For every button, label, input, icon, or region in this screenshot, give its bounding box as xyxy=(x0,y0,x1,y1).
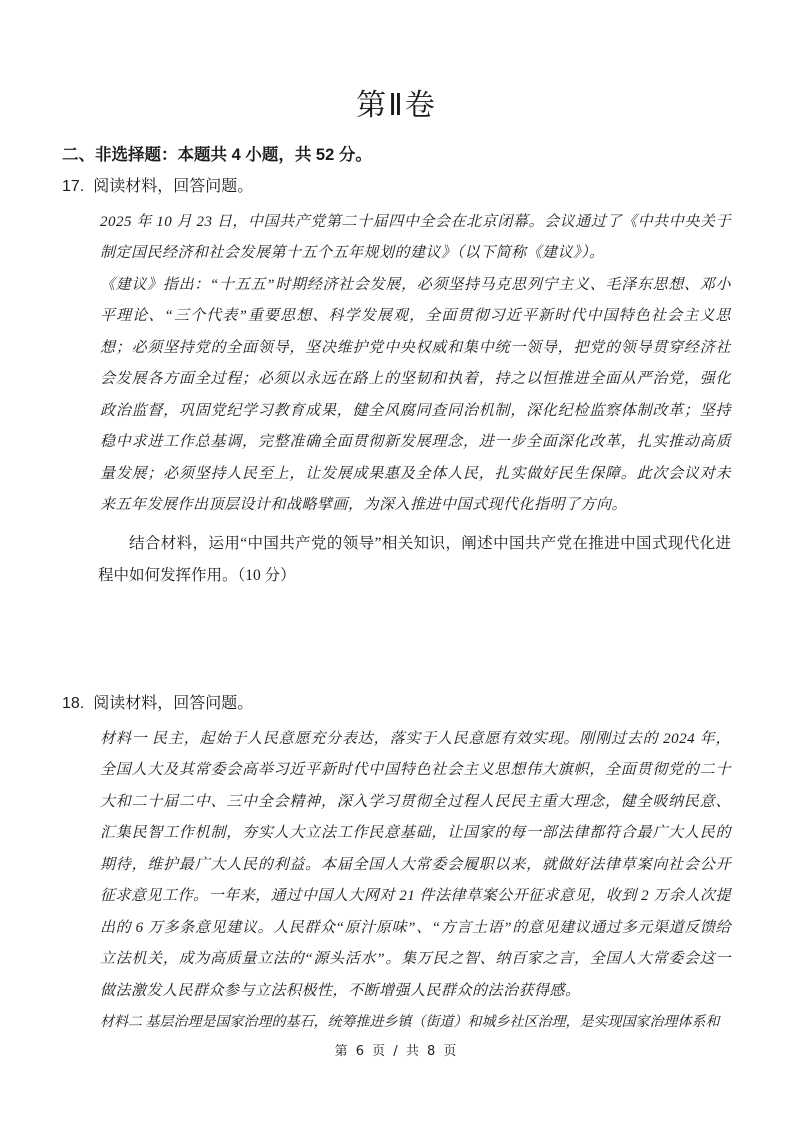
question-17-prompt: 阅读材料，回答问题。 xyxy=(93,178,253,195)
q17-answer-space xyxy=(62,592,731,692)
page-indicator: 第 6 页 / 共 8 页 xyxy=(335,1044,459,1059)
section-heading: 二、非选择题：本题共 4 小题，共 52 分。 xyxy=(62,143,731,168)
q17-material-paragraph-1: 2025 年 10 月 23 日，中国共产党第二十届四中全会在北京闭幕。会议通过… xyxy=(100,207,731,270)
question-18-number: 18. xyxy=(62,695,84,712)
q18-material-one-paragraph: 材料一 民主，起始于人民意愿充分表达，落实于人民意愿有效实现。刚刚过去的 202… xyxy=(100,724,731,1008)
page-footer: 第 6 页 / 共 8 页 xyxy=(0,1040,793,1059)
q17-material-paragraph-2: 《建议》指出：“十五五”时期经济社会发展，必须坚持马克思列宁主义、毛泽东思想、邓… xyxy=(100,270,731,522)
q17-question-text: 结合材料，运用“中国共产党的领导”相关知识，阐述中国共产党在推进中国式现代化进程… xyxy=(98,528,731,592)
question-18-prompt: 阅读材料，回答问题。 xyxy=(93,695,253,712)
question-17-header: 17.阅读材料，回答问题。 xyxy=(62,175,731,199)
page-title: 第Ⅱ卷 xyxy=(62,86,731,125)
q18-material-two-paragraph: 材料二 基层治理是国家治理的基石，统筹推进乡镇（街道）和城乡社区治理，是实现国家… xyxy=(100,1007,731,1039)
question-18-header: 18.阅读材料，回答问题。 xyxy=(62,692,731,716)
exam-page: 第Ⅱ卷 二、非选择题：本题共 4 小题，共 52 分。 17.阅读材料，回答问题… xyxy=(0,0,793,1039)
question-17-number: 17. xyxy=(62,178,84,195)
